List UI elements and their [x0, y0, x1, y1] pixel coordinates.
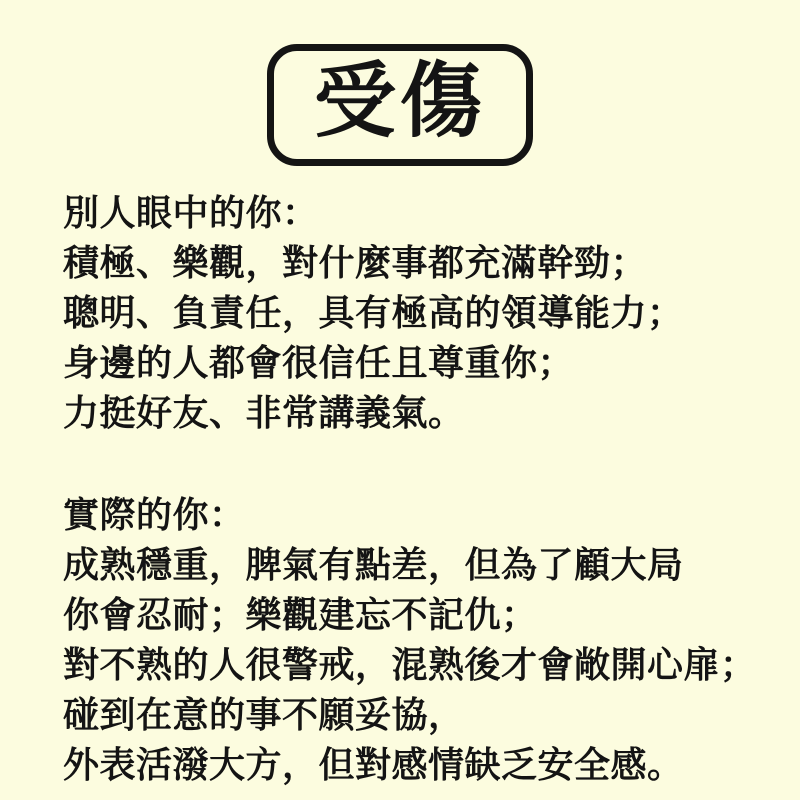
body-text: 別人眼中的你： 積極、樂觀，對什麼事都充滿幹勁； 聰明、負責任，具有極高的領導能…: [63, 188, 770, 790]
text-line: 你會忍耐；樂觀建忘不記仇；: [63, 590, 770, 640]
section-heading-actual-you: 實際的你：: [63, 490, 770, 540]
title-wrap: 受傷: [0, 0, 800, 166]
page: 受傷 別人眼中的你： 積極、樂觀，對什麼事都充滿幹勁； 聰明、負責任，具有極高的…: [0, 0, 800, 800]
section-heading-others-view: 別人眼中的你：: [63, 188, 770, 238]
text-line: 聰明、負責任，具有極高的領導能力；: [63, 288, 770, 338]
text-line: 碰到在意的事不願妥協，: [63, 690, 770, 740]
text-line: 成熟穩重，脾氣有點差，但為了顧大局: [63, 540, 770, 590]
text-line: 身邊的人都會很信任且尊重你；: [63, 338, 770, 388]
title-box: 受傷: [267, 44, 533, 166]
text-line: 力挺好友、非常講義氣。: [63, 388, 770, 438]
page-title: 受傷: [314, 57, 486, 147]
section-gap: [63, 438, 770, 490]
text-line: 對不熟的人很警戒，混熟後才會敞開心扉；: [63, 640, 770, 690]
text-line: 外表活潑大方，但對感情缺乏安全感。: [63, 740, 770, 790]
text-line: 積極、樂觀，對什麼事都充滿幹勁；: [63, 238, 770, 288]
